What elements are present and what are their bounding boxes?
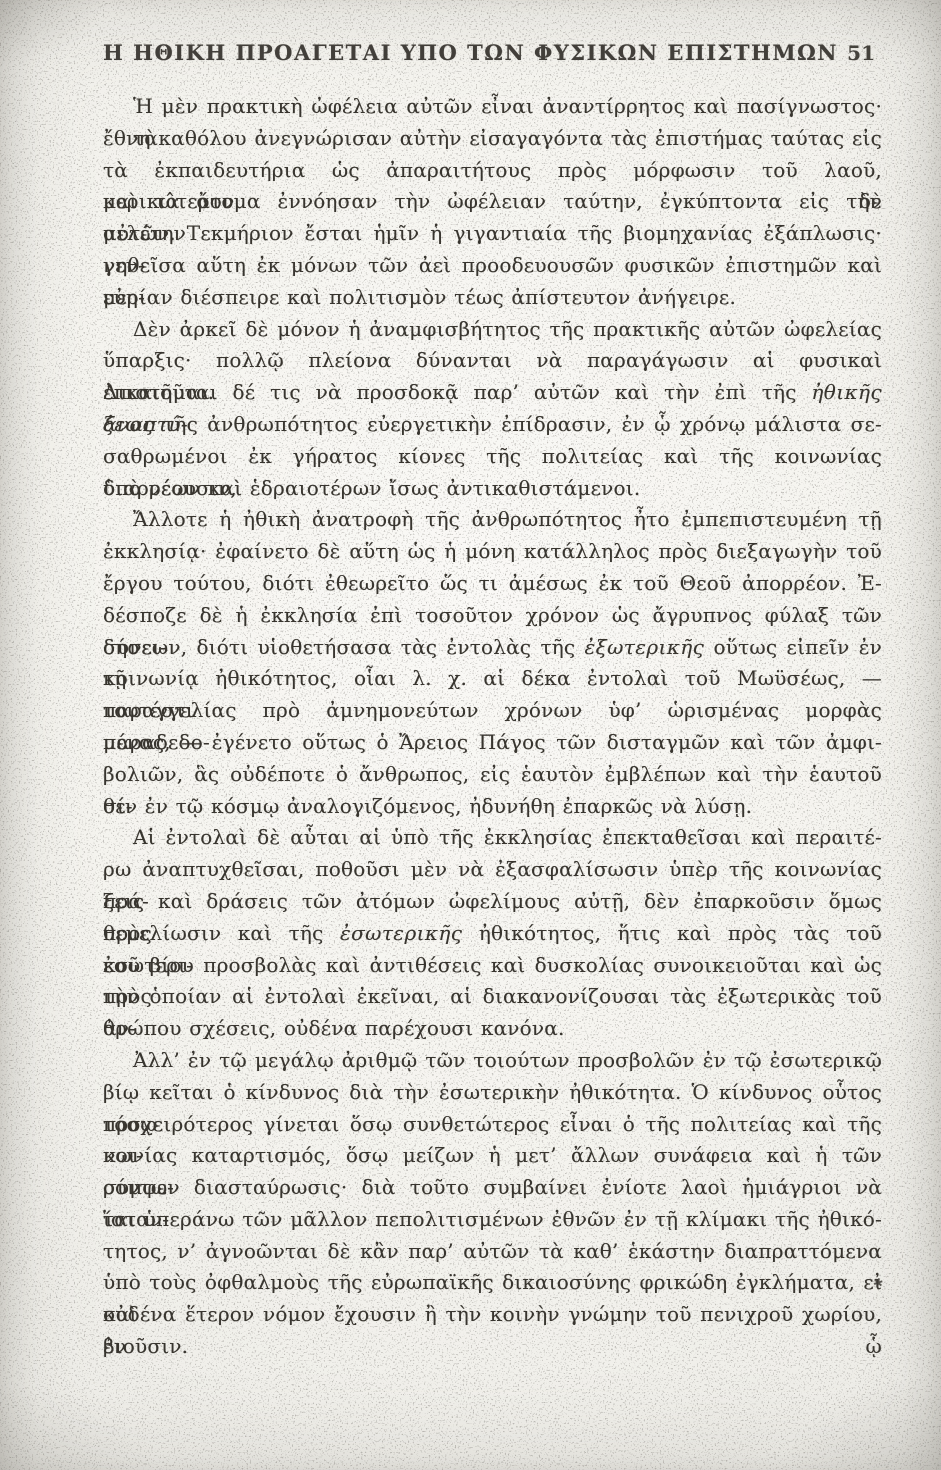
- ink-mark: ✱: [872, 1275, 885, 1291]
- text-line: νωνίας καταρτισμός, ὅσῳ μείζων ἡ μετ’ ἄλ…: [103, 1140, 882, 1172]
- text-line: ται ὑπεράνω τῶν μᾶλλον πεπολιτισμένων ἐθ…: [103, 1204, 882, 1236]
- text-line: Δικαιοῦται δέ τις νὰ προσδοκᾷ παρ’ αὐτῶν…: [103, 377, 882, 409]
- page-number: 51: [847, 41, 875, 65]
- text-line: παραγγελίας πρὸ ἀμνημονεύτων χρόνων ὑφ’ …: [103, 695, 882, 727]
- page-header: Η ΗΘΙΚΗ ΠΡΟΑΓΕΤΑΙ ΥΠΟ ΤΩΝ ΦΥΣΙΚΩΝ ΕΠΙΣΤΗ…: [0, 40, 941, 70]
- text-line: βολιῶν, ἃς οὐδέποτε ὁ ἄνθρωπος, εἰς ἑαυτ…: [103, 759, 882, 791]
- text-body: Ἡ μὲν πρακτικὴ ὠφέλεια αὐτῶν εἶναι ἀναντ…: [103, 91, 882, 1363]
- text-line: Δὲν ἀρκεῖ δὲ μόνον ἡ ἀναμφισβήτητος τῆς …: [103, 314, 882, 346]
- text-line: ἔργου τούτου, διότι ἐθεωρεῖτο ὥς τι ἀμέσ…: [103, 568, 882, 600]
- text-line: τὰ ἐκπαιδευτήρια ὡς ἀπαραιτήτους πρὸς μό…: [103, 155, 882, 187]
- text-line: ξεις καὶ δράσεις τῶν ἀτόμων ὠφελίμους αὐ…: [103, 886, 882, 918]
- text-line: ρω ἀναπτυχθεῖσαι, ποθοῦσι μὲν νὰ ἐξασφαλ…: [103, 854, 882, 886]
- text-line: Ἀλλ’ ἐν τῷ μεγάλῳ ἀριθμῷ τῶν τοιούτων πρ…: [103, 1045, 882, 1077]
- text-line: Ἡ μὲν πρακτικὴ ὠφέλεια αὐτῶν εἶναι ἀναντ…: [103, 91, 882, 123]
- text-line: θρώπου σχέσεις, οὐδένα παρέχουσι κανόνα.: [103, 1013, 882, 1045]
- scanned-book-page: Η ΗΘΙΚΗ ΠΡΟΑΓΕΤΑΙ ΥΠΟ ΤΩΝ ΦΥΣΙΚΩΝ ΕΠΙΣΤΗ…: [0, 0, 941, 1470]
- text-line: ἐκκλησίᾳ· ἐφαίνετο δὲ αὕτη ὡς ἡ μόνη κατ…: [103, 536, 882, 568]
- text-line: σιν ἐν τῷ κόσμῳ ἀναλογιζόμενος, ἠδυνήθη …: [103, 791, 882, 823]
- text-line: ρόντων διασταύρωσις· διὰ τοῦτο συμβαίνει…: [103, 1172, 882, 1204]
- text-line: μένας, — ἐγένετο οὕτως ὁ Ἄρειος Πάγος τῶ…: [103, 727, 882, 759]
- text-line: ξεως τῆς ἀνθρωπότητος εὐεργετικὴν ἐπίδρα…: [103, 409, 882, 441]
- text-line: νηθεῖσα αὕτη ἐκ μόνων τῶν ἀεὶ προοδευουσ…: [103, 250, 882, 282]
- text-line: τητος, ν’ ἀγνοῶνται δὲ κἂν παρ’ αὐτῶν τὰ…: [103, 1236, 882, 1268]
- text-line: αὐτῶν. Τεκμήριον ἔσται ἡμῖν ἡ γιγαντιαία…: [103, 218, 882, 250]
- text-line: καὶ τὰ ἄτομα ἐννόησαν τὴν ὠφέλειαν ταύτη…: [103, 186, 882, 218]
- text-line: οὐδένα ἕτερον νόμον ἔχουσιν ἢ τὴν κοινὴν…: [103, 1299, 882, 1331]
- text-line: δήσεων, διότι υἱοθετήσασα τὰς ἐντολὰς τῆ…: [103, 632, 882, 664]
- text-line: κοινωνίᾳ ἠθικότητος, οἷαι λ. χ. αἱ δέκα …: [103, 663, 882, 695]
- text-line: προχειρότερος γίνεται ὅσῳ συνθετώτερος ε…: [103, 1109, 882, 1141]
- text-line: μερίαν διέσπειρε καὶ πολιτισμὸν τέως ἀπί…: [103, 282, 882, 314]
- text-line: Ἄλλοτε ἡ ἠθικὴ ἀνατροφὴ τῆς ἀνθρωπότητος…: [103, 504, 882, 536]
- running-title: Η ΗΘΙΚΗ ΠΡΟΑΓΕΤΑΙ ΥΠΟ ΤΩΝ ΦΥΣΙΚΩΝ ΕΠΙΣΤΗ…: [0, 40, 941, 65]
- text-line: κοῦ βίου προσβολὰς καὶ ἀντιθέσεις καὶ δυ…: [103, 950, 882, 982]
- text-line: σαθρωμένοι ἐκ γήρατος κίονες τῆς πολιτεί…: [103, 441, 882, 473]
- text-line: ἔθνη καθόλου ἀνεγνώρισαν αὐτὴν εἰσαγαγόν…: [103, 123, 882, 155]
- text-line: Αἱ ἐντολαὶ δὲ αὗται αἱ ὑπὸ τῆς ἐκκλησίας…: [103, 822, 882, 854]
- text-line: ὕπαρξις· πολλῷ πλείονα δύνανται νὰ παραγ…: [103, 345, 882, 377]
- text-line: θεμελίωσιν καὶ τῆς ἐσωτερικῆς ἠθικότητος…: [103, 918, 882, 950]
- text-line: ὑπὸ νέων καὶ ἑδραιοτέρων ἴσως ἀντικαθιστ…: [103, 473, 882, 505]
- text-line: δέσποζε δὲ ἡ ἐκκλησία ἐπὶ τοσοῦτον χρόνο…: [103, 600, 882, 632]
- text-line: τὴν ὁποίαν αἱ ἐντολαὶ ἐκεῖναι, αἱ διακαν…: [103, 981, 882, 1013]
- text-line: βίῳ κεῖται ὁ κίνδυνος διὰ τὴν ἐσωτερικὴν…: [103, 1077, 882, 1109]
- text-line: ὑπὸ τοὺς ὀφθαλμοὺς τῆς εὐρωπαϊκῆς δικαιο…: [103, 1267, 882, 1299]
